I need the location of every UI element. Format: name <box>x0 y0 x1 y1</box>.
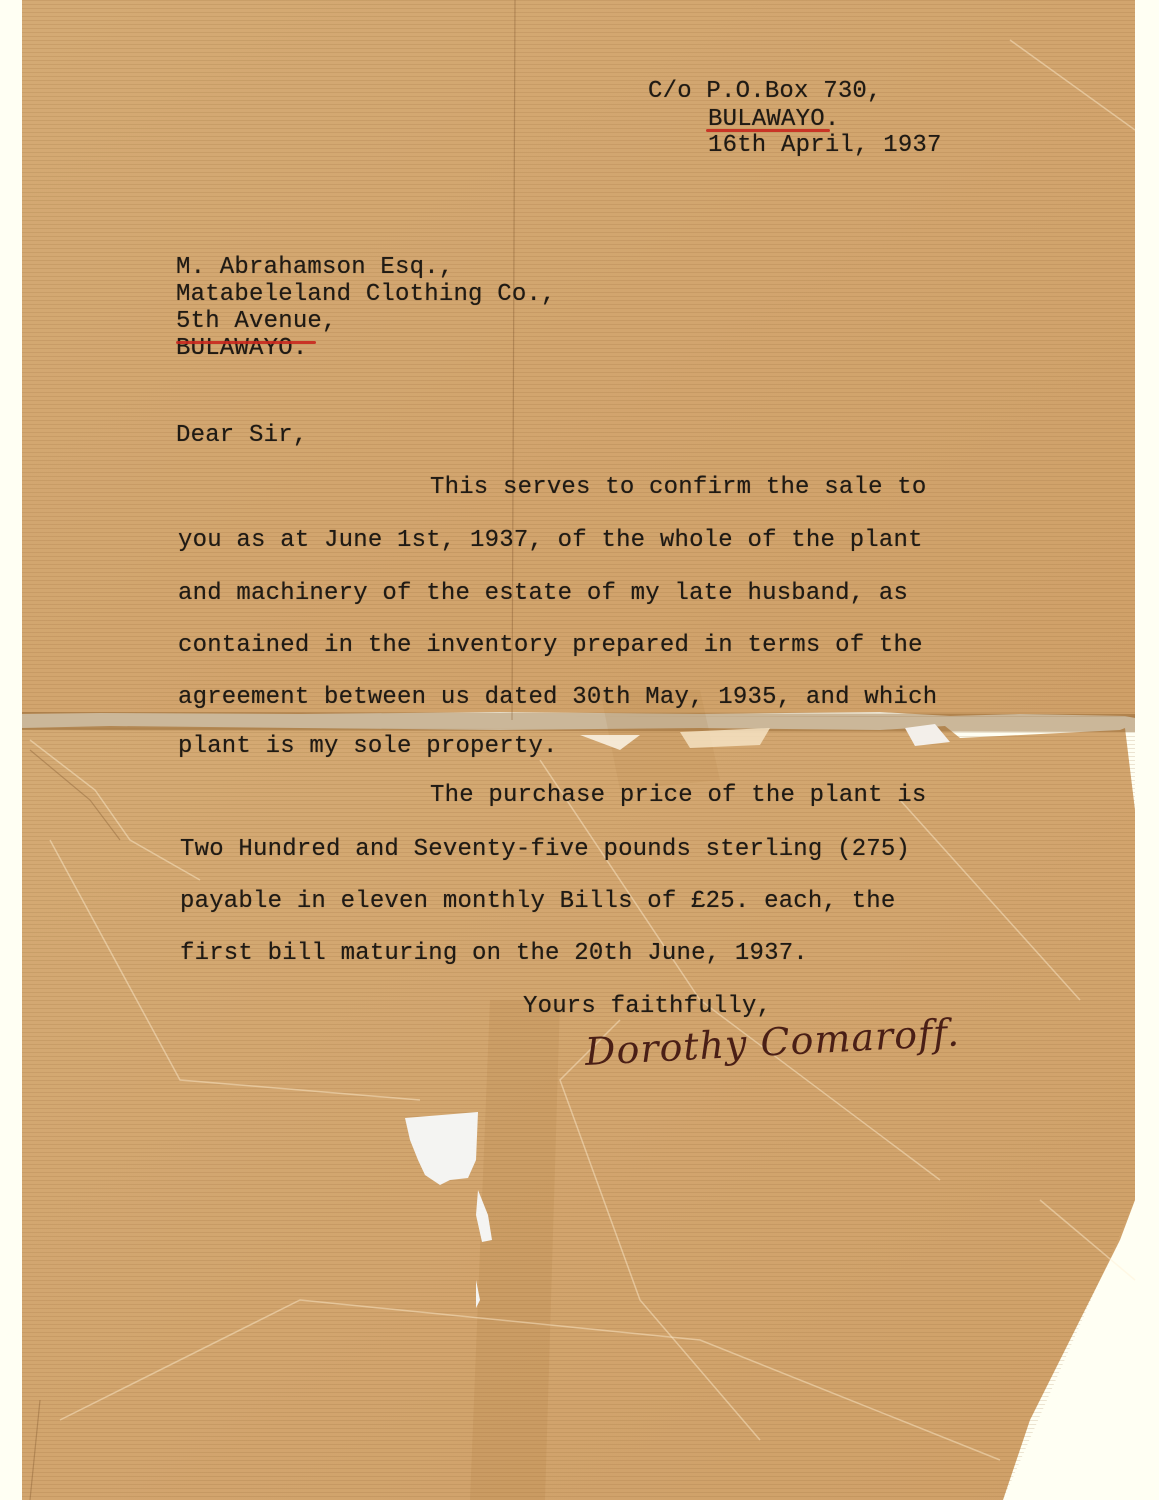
body-line: payable in eleven monthly Bills of £25. … <box>180 890 896 914</box>
recipient-city-underline <box>176 341 316 344</box>
recipient-company: Matabeleland Clothing Co., <box>176 283 556 307</box>
letter-paper <box>0 0 1159 1500</box>
body-line: and machinery of the estate of my late h… <box>178 582 908 606</box>
salutation: Dear Sir, <box>176 424 307 448</box>
recipient-street: 5th Avenue, <box>176 310 337 334</box>
body-line: The purchase price of the plant is <box>430 784 926 808</box>
closing: Yours faithfully, <box>523 995 771 1019</box>
body-line: you as at June 1st, 1937, of the whole o… <box>178 529 923 553</box>
body-line: This serves to confirm the sale to <box>430 476 926 500</box>
recipient-name: M. Abrahamson Esq., <box>176 256 453 280</box>
body-line: Two Hundred and Seventy-five pounds ster… <box>180 838 910 862</box>
sender-address-line1: C/o P.O.Box 730, <box>648 80 882 104</box>
body-line: plant is my sole property. <box>178 735 558 759</box>
letter-date: 16th April, 1937 <box>708 134 942 158</box>
body-line: first bill maturing on the 20th June, 19… <box>180 942 808 966</box>
body-line: agreement between us dated 30th May, 193… <box>178 686 937 710</box>
body-line: contained in the inventory prepared in t… <box>178 634 923 658</box>
